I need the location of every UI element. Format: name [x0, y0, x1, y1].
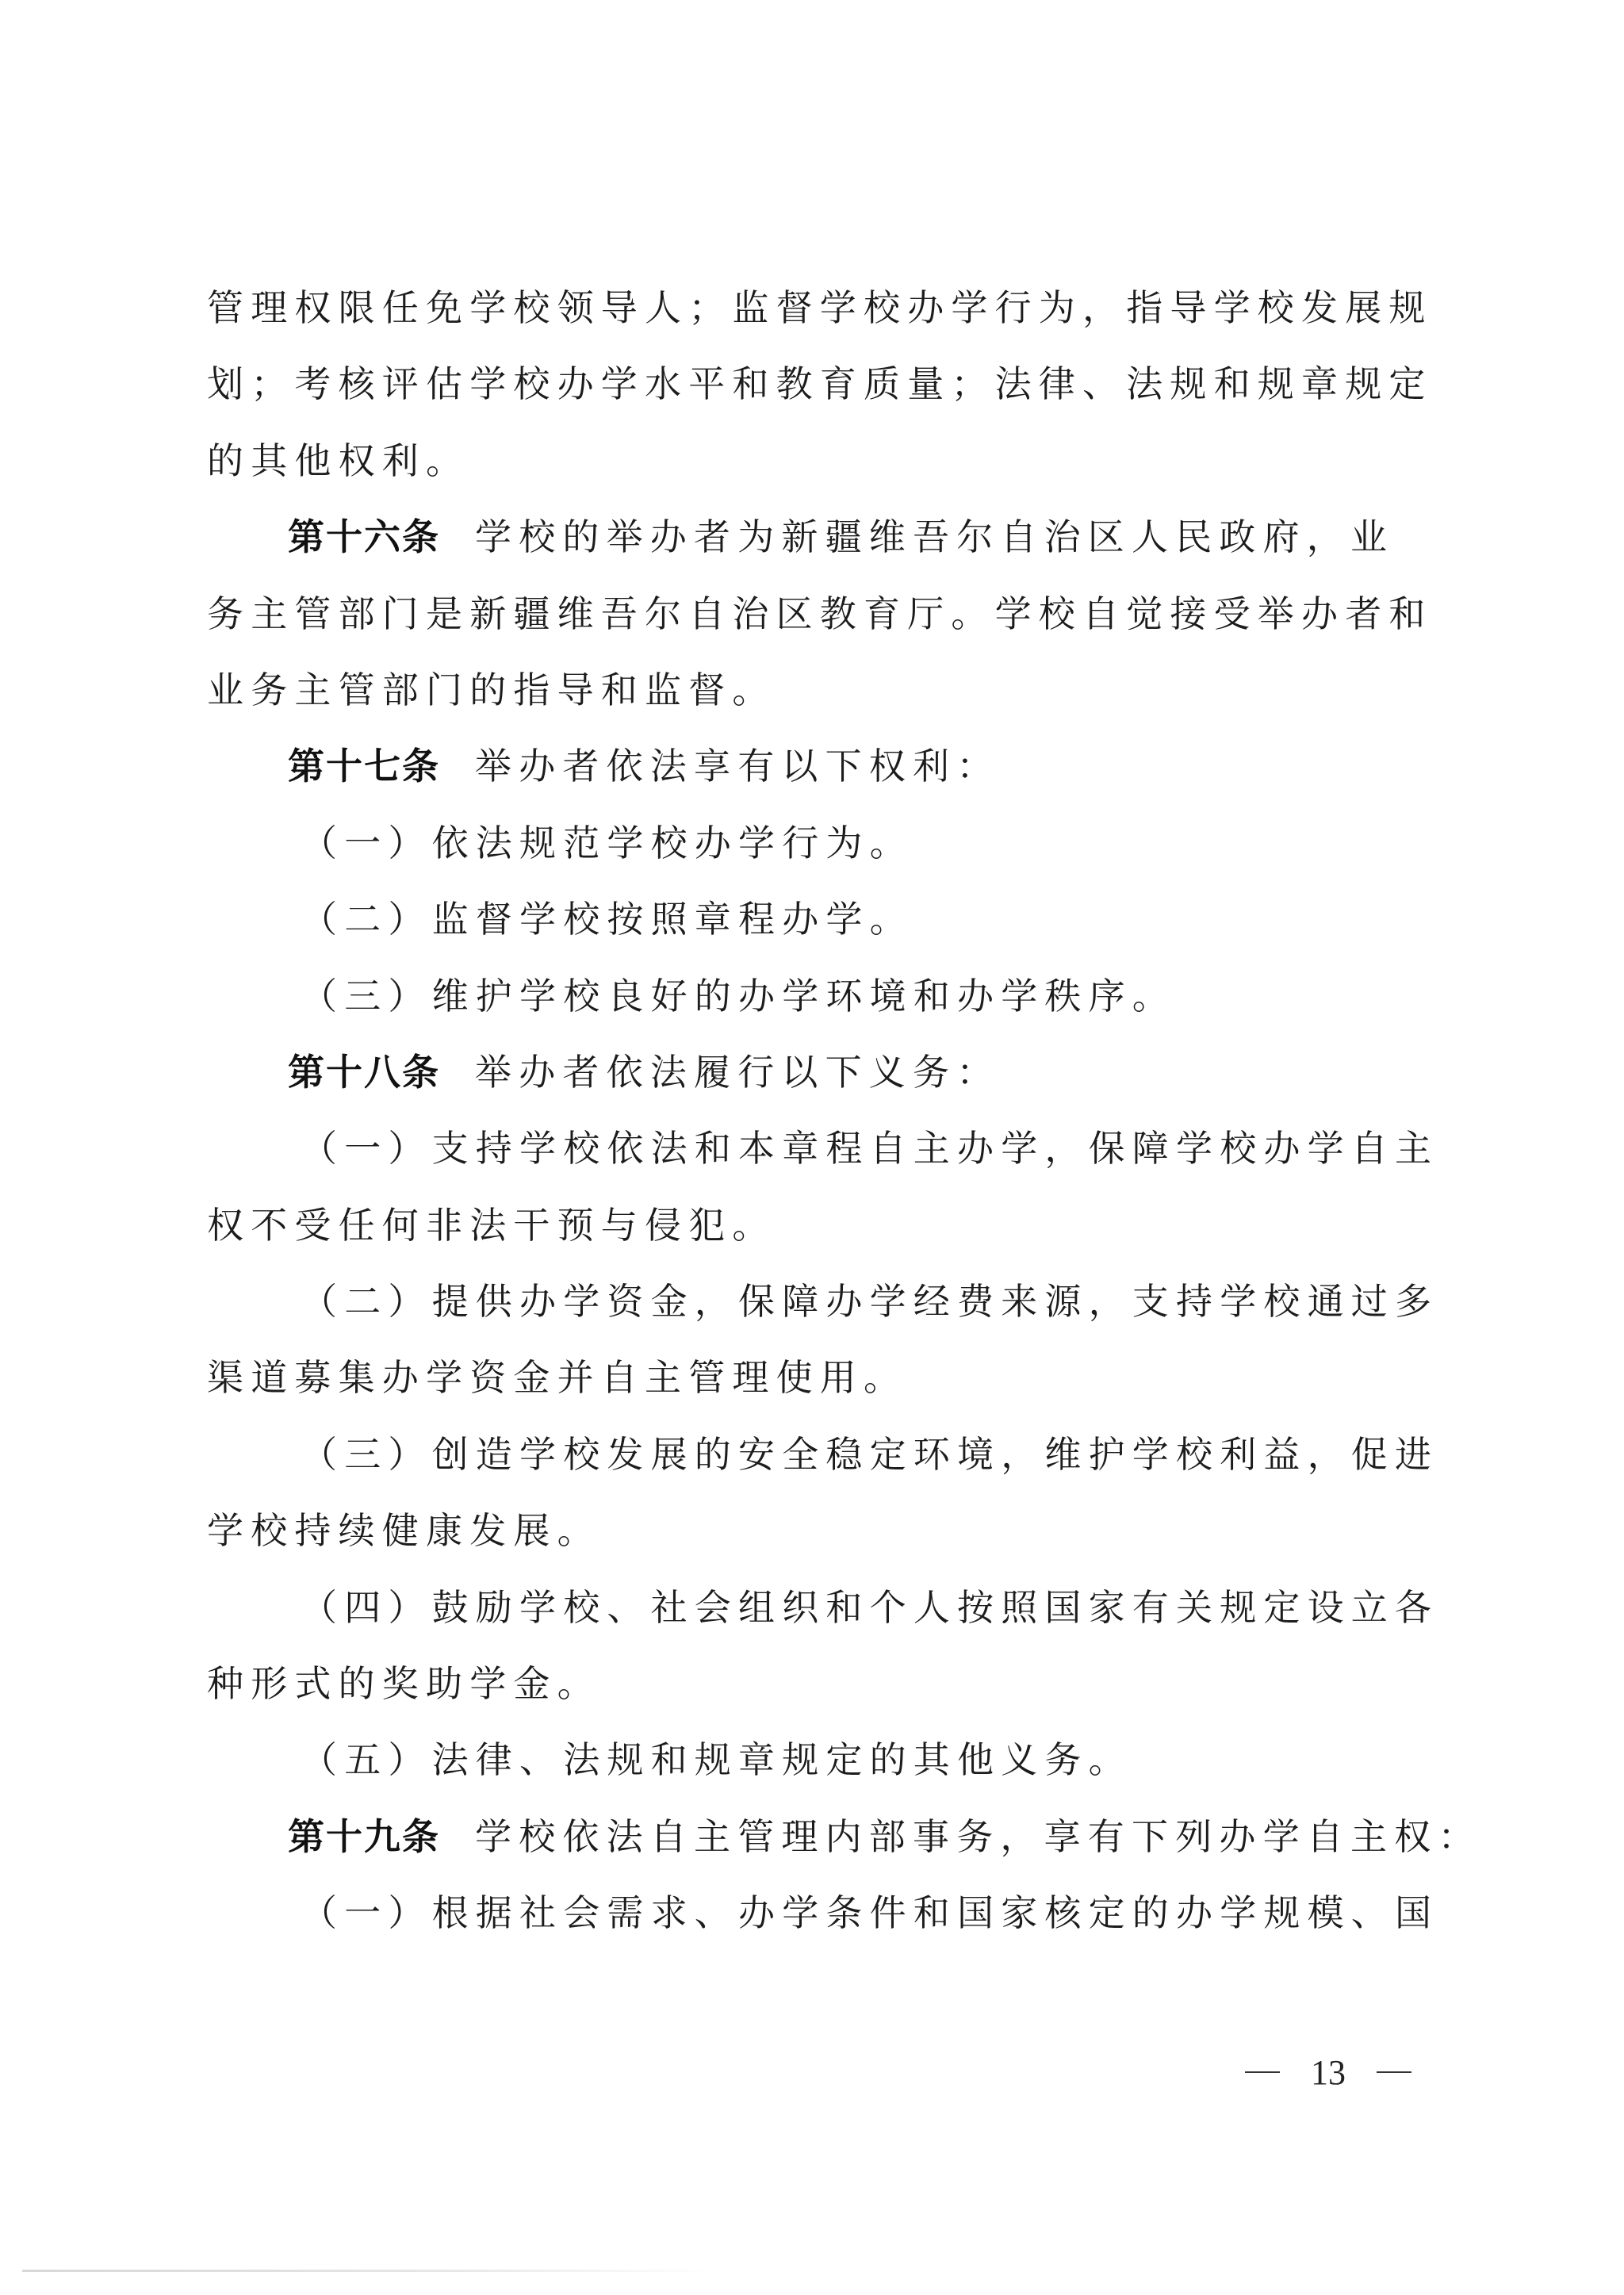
list-item: （二）监督学校按照章程办学。	[207, 881, 1396, 957]
scan-artifact-line	[22, 2270, 712, 2272]
paragraph-line: 权不受任何非法干预与侵犯。	[207, 1187, 1396, 1263]
paragraph-line: 学校持续健康发展。	[207, 1492, 1396, 1569]
paragraph-line: 务主管部门是新疆维吾尔自治区教育厅。学校自觉接受举办者和	[207, 576, 1396, 652]
paragraph-line: 管理权限任免学校领导人；监督学校办学行为，指导学校发展规	[207, 270, 1396, 346]
paragraph-line: 的其他权利。	[207, 423, 1396, 499]
body-text: 管理权限任免学校领导人；监督学校办学行为，指导学校发展规 划；考核评估学校办学水…	[207, 270, 1396, 1952]
dash-left	[1245, 2071, 1280, 2073]
article-18: 第十八条举办者依法履行以下义务：	[207, 1034, 1396, 1110]
article-title: 第十八条	[288, 1051, 440, 1094]
page-number: 13	[1245, 2050, 1411, 2094]
article-19: 第十九条学校依法自主管理内部事务，享有下列办学自主权：	[207, 1799, 1396, 1875]
paragraph-line: 渠道募集办学资金并自主管理使用。	[207, 1339, 1396, 1416]
document-page: 管理权限任免学校领导人；监督学校办学行为，指导学校发展规 划；考核评估学校办学水…	[0, 0, 1624, 2295]
article-text: 举办者依法履行以下义务：	[475, 1051, 1000, 1094]
article-title: 第十六条	[288, 515, 440, 558]
article-text: 举办者依法享有以下权利：	[475, 745, 1000, 787]
list-item: （三）创造学校发展的安全稳定环境，维护学校利益，促进	[207, 1416, 1396, 1492]
list-item: （二）提供办学资金，保障办学经费来源，支持学校通过多	[207, 1263, 1396, 1339]
article-title: 第十七条	[288, 745, 440, 787]
page-number-value: 13	[1311, 2052, 1346, 2093]
list-item: （五）法律、法规和规章规定的其他义务。	[207, 1722, 1396, 1798]
article-text: 学校的举办者为新疆维吾尔自治区人民政府，业	[475, 515, 1394, 558]
article-title: 第十九条	[288, 1815, 440, 1858]
paragraph-line: 划；考核评估学校办学水平和教育质量；法律、法规和规章规定	[207, 346, 1396, 422]
list-item: （一）根据社会需求、办学条件和国家核定的办学规模、国	[207, 1875, 1396, 1951]
list-item: （三）维护学校良好的办学环境和办学秩序。	[207, 958, 1396, 1034]
article-17: 第十七条举办者依法享有以下权利：	[207, 728, 1396, 804]
paragraph-line: 种形式的奖助学金。	[207, 1646, 1396, 1722]
list-item: （四）鼓励学校、社会组织和个人按照国家有关规定设立各	[207, 1569, 1396, 1646]
article-text: 学校依法自主管理内部事务，享有下列办学自主权：	[475, 1815, 1482, 1858]
article-16: 第十六条学校的举办者为新疆维吾尔自治区人民政府，业	[207, 499, 1396, 575]
paragraph-line: 业务主管部门的指导和监督。	[207, 652, 1396, 728]
list-item: （一）依法规范学校办学行为。	[207, 805, 1396, 881]
list-item: （一）支持学校依法和本章程自主办学，保障学校办学自主	[207, 1110, 1396, 1186]
dash-right	[1377, 2071, 1411, 2073]
